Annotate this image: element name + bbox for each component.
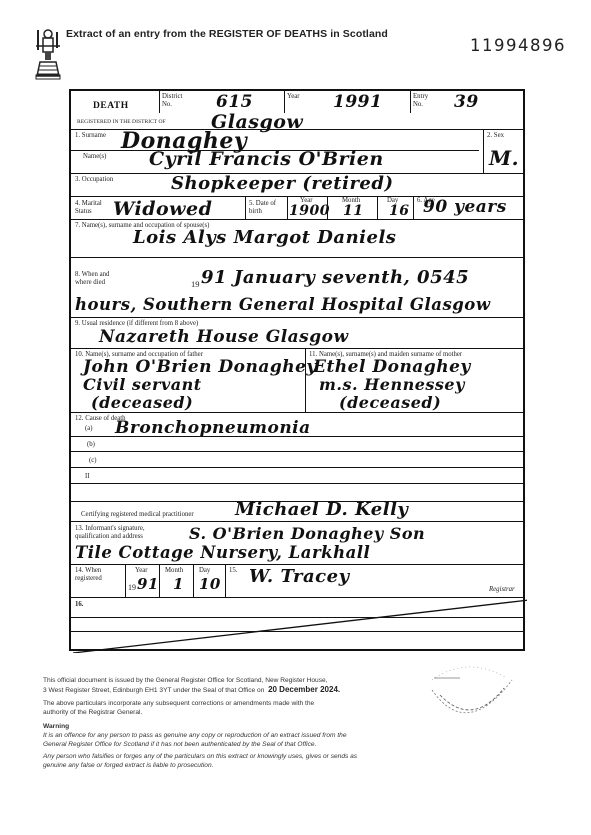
cause-ii-label: II bbox=[85, 473, 90, 481]
certifying-practitioner-label: Certifying registered medical practition… bbox=[81, 511, 194, 519]
divider bbox=[284, 91, 285, 113]
occupation-label: 3. Occupation bbox=[75, 176, 113, 184]
names-label: Name(s) bbox=[83, 153, 106, 161]
sex-label: 2. Sex bbox=[487, 132, 504, 140]
death-year-prefix: 19 bbox=[191, 280, 200, 288]
when-where-died-label: 8. When and where died bbox=[75, 271, 125, 287]
warning-title: Warning bbox=[43, 722, 357, 731]
divider bbox=[410, 91, 411, 113]
dob-day-value: 16 bbox=[389, 203, 409, 219]
reg-month-label: Month bbox=[165, 567, 183, 575]
when-registered-label: 14. When registered bbox=[75, 567, 115, 583]
royal-crest-icon bbox=[34, 28, 62, 80]
marital-status-value: Widowed bbox=[113, 198, 212, 220]
year-value: 1991 bbox=[333, 92, 382, 112]
cause-a-label: (a) bbox=[85, 425, 93, 433]
certifying-practitioner-value: Michael D. Kelly bbox=[235, 499, 408, 520]
cause-b-label: (b) bbox=[87, 441, 95, 449]
dob-month-value: 11 bbox=[343, 203, 363, 219]
reg-year-label: Year bbox=[135, 567, 148, 575]
father-occupation-value: Civil servant bbox=[83, 375, 202, 394]
registrar-value: W. Tracey bbox=[249, 566, 350, 587]
informant-label: 13. Informant's signature, qualification… bbox=[75, 525, 149, 541]
reg-year-prefix: 19 bbox=[128, 584, 136, 592]
form-title: DEATH bbox=[93, 101, 129, 111]
corrections-label: 16. bbox=[75, 601, 84, 609]
divider bbox=[159, 91, 160, 113]
particulars-statement: The above particulars incorporate any su… bbox=[43, 699, 314, 717]
serial-number: 11994896 bbox=[470, 36, 566, 55]
cause-c-label: (c) bbox=[89, 457, 97, 465]
registrar-label: 15. bbox=[229, 567, 238, 575]
cause-a-value: Bronchopneumonia bbox=[115, 418, 311, 438]
warning-notice: Warning It is an offence for any person … bbox=[43, 722, 357, 770]
date-of-birth-label: 5. Date of birth bbox=[249, 200, 287, 216]
informant-address-value: Tile Cottage Nursery, Larkhall bbox=[75, 543, 370, 562]
usual-residence-value: Nazareth House Glasgow bbox=[99, 327, 349, 347]
reg-month-value: 1 bbox=[173, 575, 184, 593]
names-value: Cyril Francis O'Brien bbox=[149, 148, 384, 170]
dob-year-value: 1900 bbox=[289, 203, 330, 219]
mother-name-value: Ethel Donaghey bbox=[313, 357, 471, 377]
death-register-form: DEATH District No. 615 Year 1991 Entry N… bbox=[69, 89, 525, 651]
official-seal-icon bbox=[412, 660, 522, 730]
registered-in-label: REGISTERED IN THE DISTRICT OF bbox=[77, 118, 166, 126]
district-no-label: District No. bbox=[162, 93, 192, 109]
informant-signature-value: S. O'Brien Donaghey Son bbox=[189, 524, 425, 543]
occupation-value: Shopkeeper (retired) bbox=[171, 173, 393, 194]
issue-date: 20 December 2024. bbox=[268, 685, 340, 694]
father-name-value: John O'Brien Donaghey bbox=[83, 357, 317, 377]
registrar-role-label: Registrar bbox=[489, 586, 515, 594]
father-status-value: (deceased) bbox=[91, 393, 193, 412]
sex-value: M. bbox=[489, 146, 519, 170]
death-place-value: hours, Southern General Hospital Glasgow bbox=[75, 295, 491, 314]
spouse-value: Lois Alys Margot Daniels bbox=[133, 227, 396, 248]
issued-statement: This official document is issued by the … bbox=[43, 676, 340, 695]
district-no-value: 615 bbox=[216, 92, 253, 112]
document-title: Extract of an entry from the REGISTER OF… bbox=[66, 28, 388, 40]
marital-status-label: 4. Marital Status bbox=[75, 200, 105, 216]
surname-label: 1. Surname bbox=[75, 132, 106, 140]
death-date-value: 91 January seventh, 0545 bbox=[201, 267, 469, 288]
mother-maiden-value: m.s. Hennessey bbox=[319, 375, 465, 394]
reg-day-value: 10 bbox=[199, 575, 221, 593]
entry-no-value: 39 bbox=[454, 92, 479, 112]
age-value: 90 years bbox=[423, 197, 507, 217]
reg-day-label: Day bbox=[199, 567, 210, 575]
reg-year-value: 91 bbox=[137, 575, 159, 593]
mother-status-value: (deceased) bbox=[339, 393, 441, 412]
entry-no-label: Entry No. bbox=[413, 93, 435, 109]
year-label: Year bbox=[287, 93, 300, 101]
